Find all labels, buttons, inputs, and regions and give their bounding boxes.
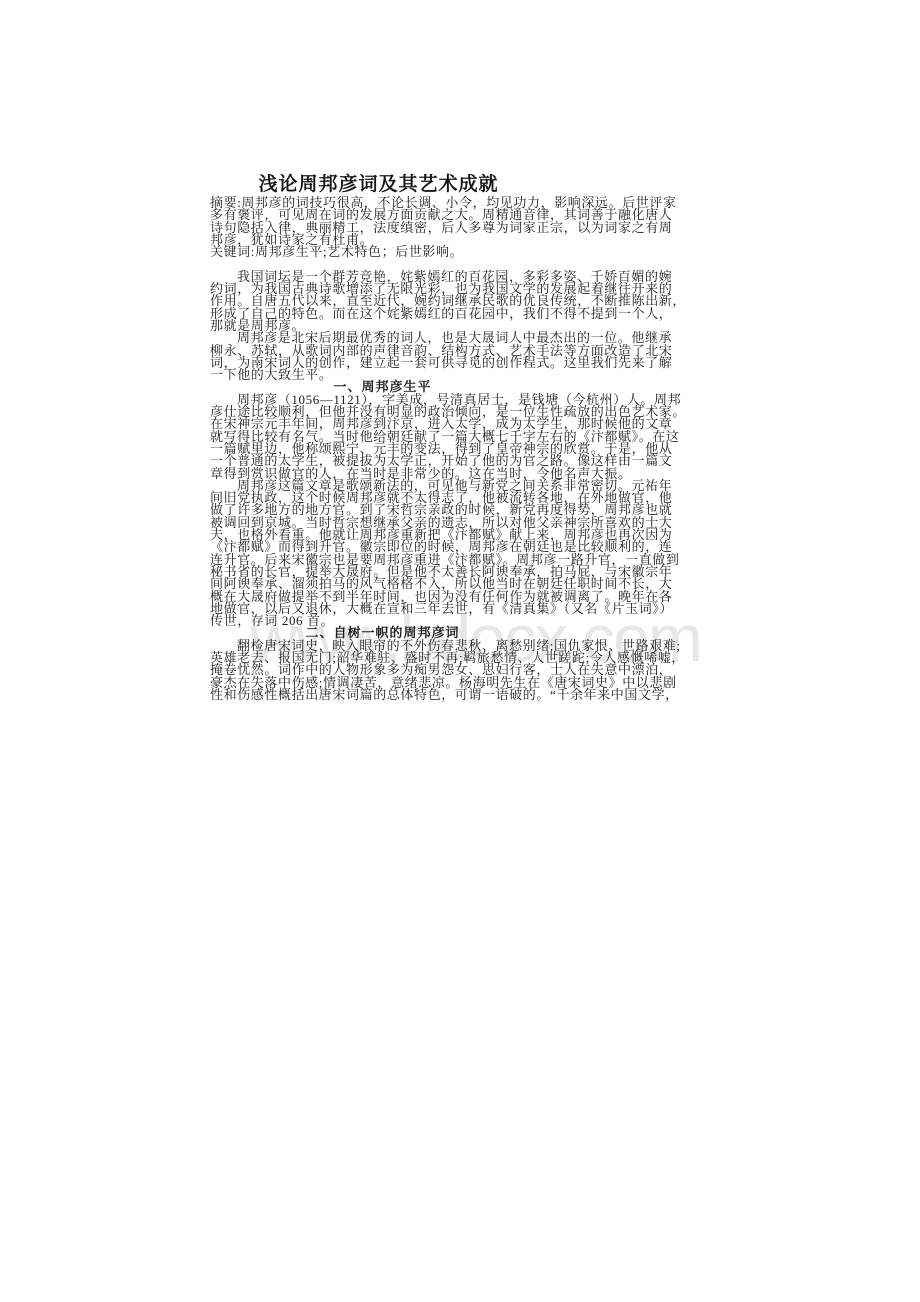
document-page: www.bdocx.com 浅论周邦彦词及其艺术成就 摘要:周邦彦的词技巧很高，…	[0, 0, 920, 1302]
text-line: 关键词:周邦彦生平;艺术特色；后世影响。	[210, 246, 715, 258]
text-column: 摘要:周邦彦的词技巧很高，不论长调、小令，均见功力，影响深远。后世评家多有褒评，…	[210, 197, 715, 701]
text-line: 一下他的大致生平。	[210, 369, 715, 381]
document-title: 浅论周邦彦词及其艺术成就	[126, 169, 631, 196]
text-line: 性和伤感性概括出唐宋词篇的总体特色，可谓一语破的。“千余年来中国文学，	[210, 689, 715, 701]
section-heading: 二、自树一帜的周邦彦词	[130, 627, 635, 639]
section-heading: 一、周邦彦生平	[130, 381, 635, 393]
text-line: 传世，存词 206 首。	[210, 615, 715, 627]
